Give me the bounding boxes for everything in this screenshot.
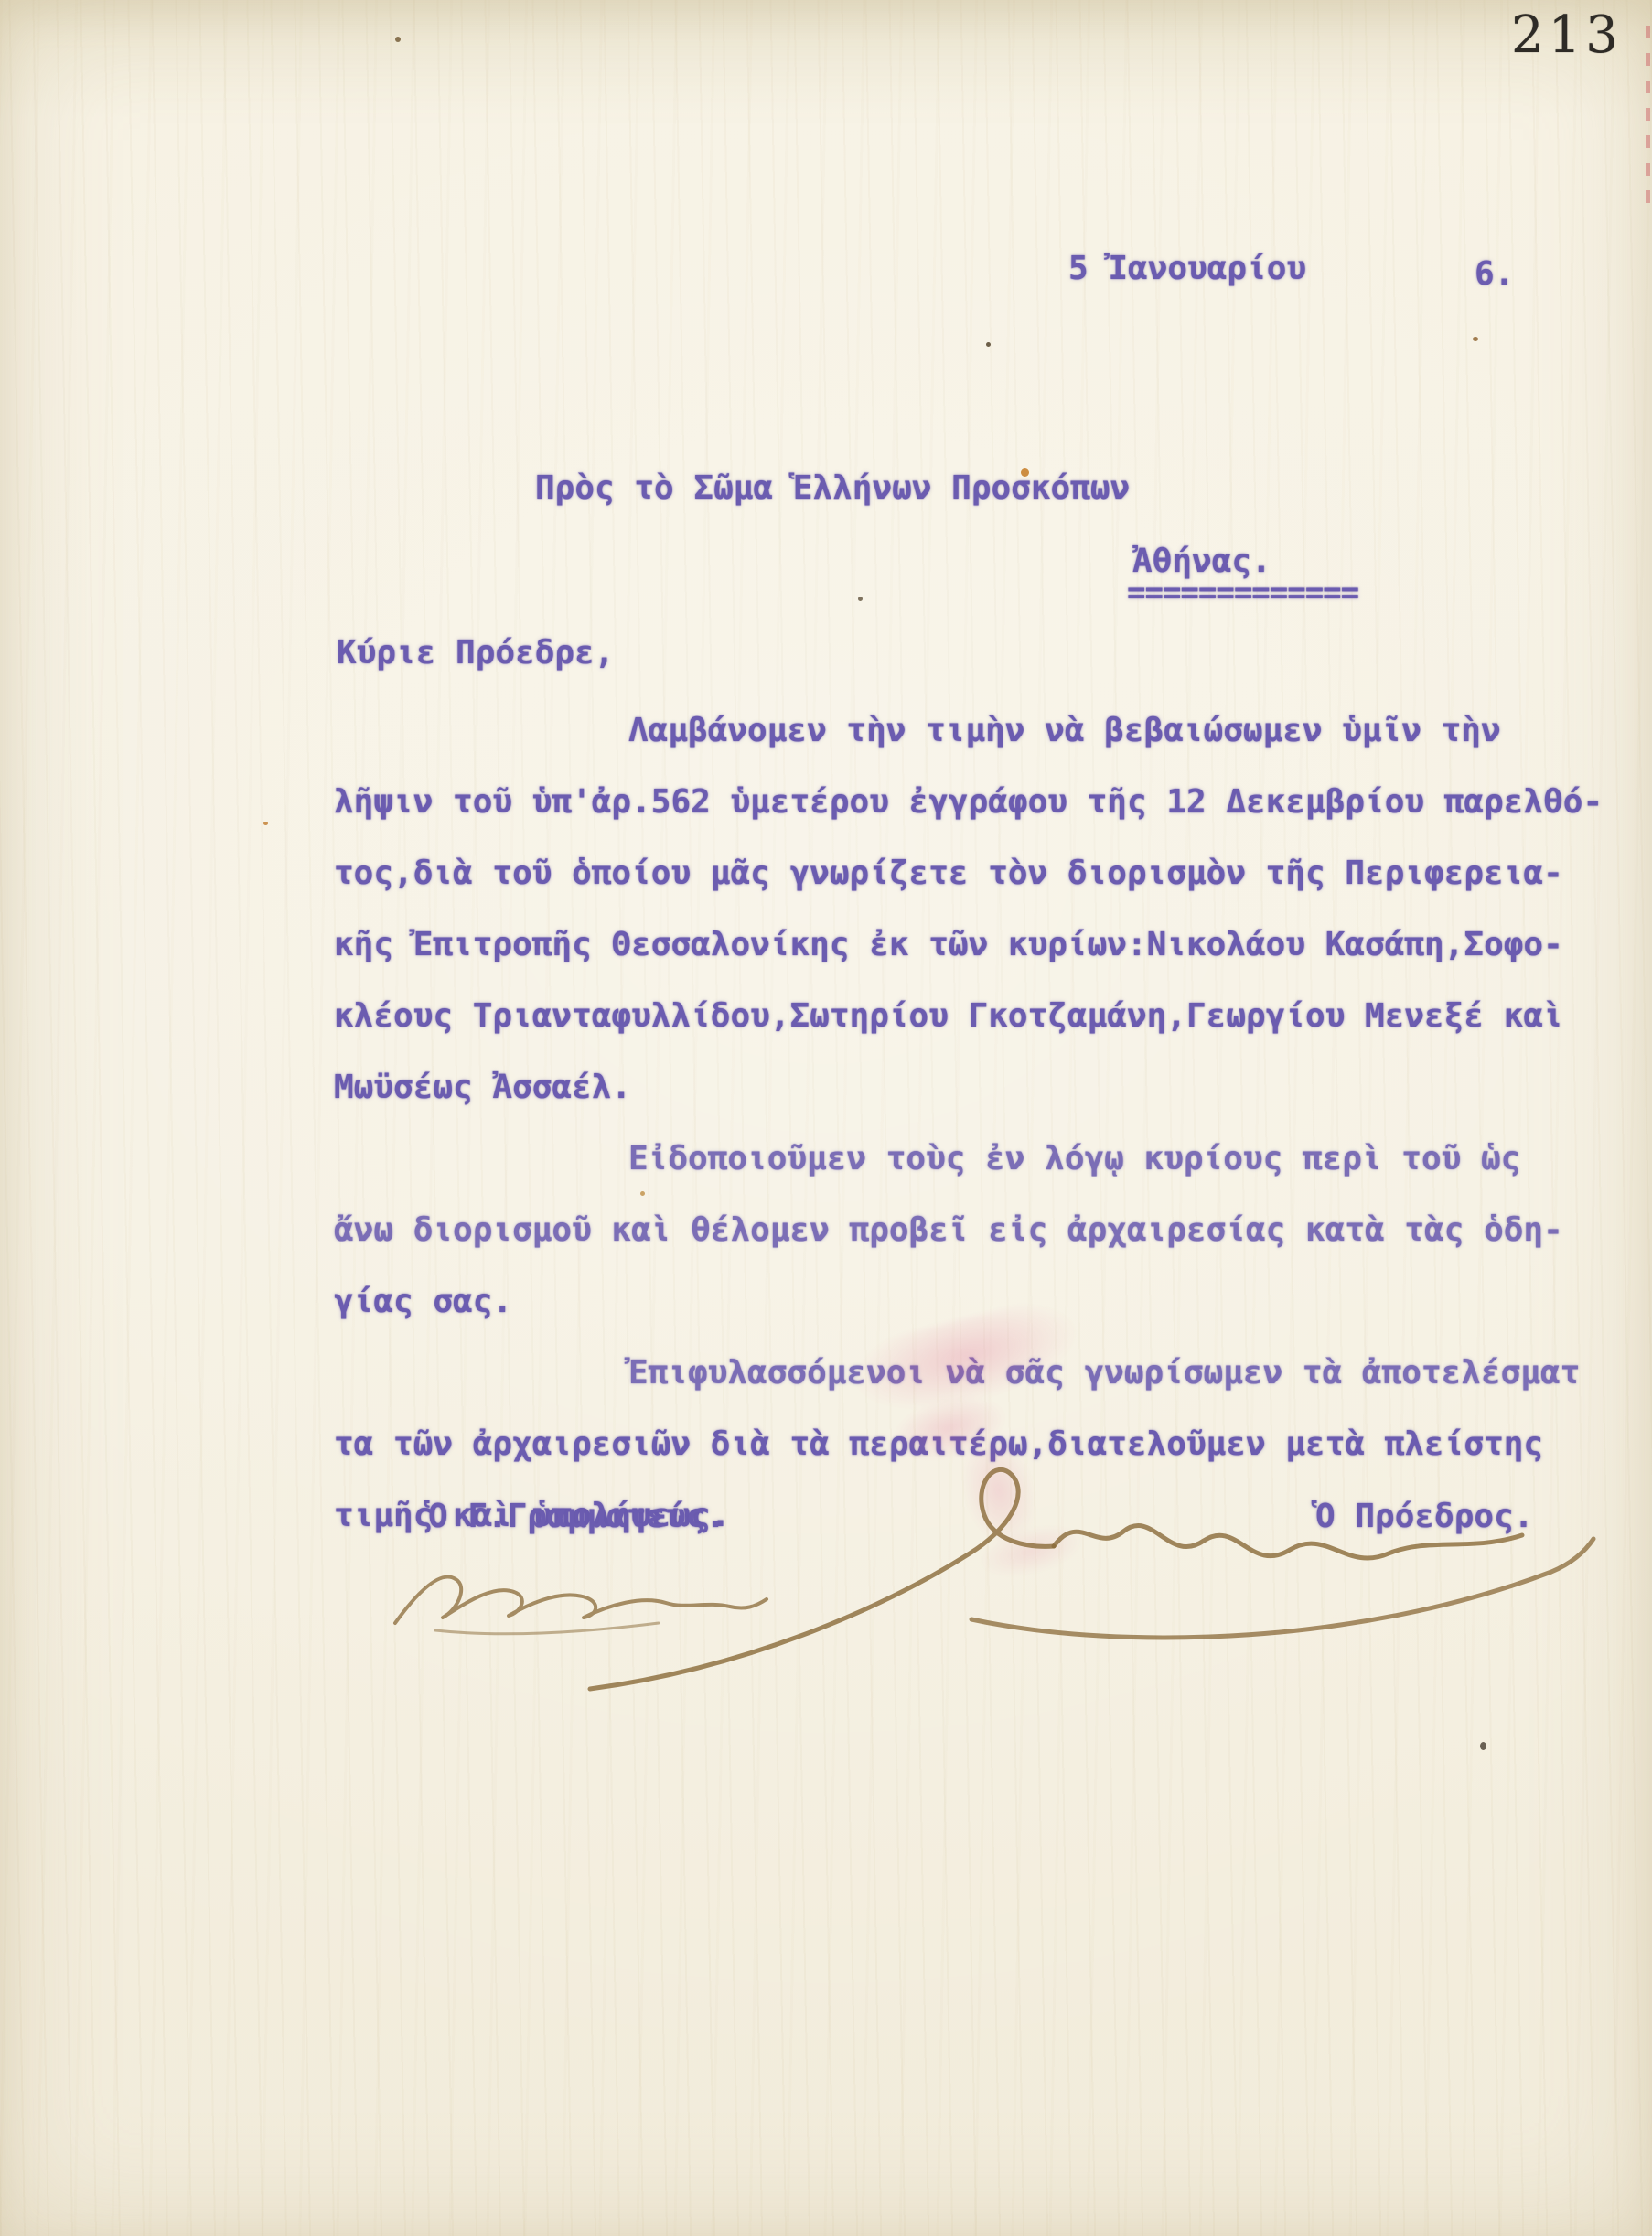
paper-speck (858, 597, 863, 601)
body-line: λῆψιν τοῦ ὑπ'ἀρ.562 ὑμετέρου ἐγγράφου τῆ… (334, 767, 1614, 838)
paper-speck (1480, 1742, 1486, 1750)
recipient-line: Πρὸς τὸ Σῶμα Ἑλλήνων Προσκόπων (535, 468, 1130, 508)
president-signature (576, 1424, 1619, 1707)
body-line: τος,διὰ τοῦ ὁποίου μᾶς γνωρίζετε τὸν διο… (334, 838, 1614, 909)
body-line: ἄνω διορισμοῦ καὶ θέλομεν προβεῖ εἰς ἀρχ… (334, 1195, 1614, 1266)
scanned-letter-page: 213 5 Ἰανουαρίου 6. Πρὸς τὸ Σῶμα Ἑλλήνων… (0, 0, 1652, 2236)
salutation: Κύριε Πρόεδρε, (337, 633, 614, 672)
recipient-underline-rule: ============= (1127, 575, 1358, 612)
body-line: Εἰδοποιοῦμεν τοὺς ἐν λόγῳ κυρίους περὶ τ… (334, 1123, 1614, 1195)
paper-speck (395, 37, 401, 42)
body-line: κῆς Ἐπιτροπῆς Θεσσαλονίκης ἐκ τῶν κυρίων… (334, 909, 1614, 981)
body-line: κλέους Τριανταφυλλίδου,Σωτηρίου Γκοτζαμά… (334, 981, 1614, 1052)
paper-speck (1021, 468, 1029, 477)
paper-speck (263, 822, 268, 825)
body-line: Λαμβάνομεν τὴν τιμὴν νὰ βεβαιώσωμεν ὑμῖν… (334, 695, 1614, 767)
date-day-month: 5 Ἰανουαρίου (1068, 249, 1306, 288)
date-year-fragment: 6. (1475, 254, 1514, 294)
page-edge-marks (1646, 26, 1650, 218)
body-line: Μωϋσέως Ἀσσαέλ. (334, 1052, 1614, 1123)
paper-speck (986, 342, 991, 347)
paper-speck (1473, 337, 1478, 341)
paper-speck (640, 1191, 645, 1196)
page-number: 213 (1511, 5, 1623, 65)
